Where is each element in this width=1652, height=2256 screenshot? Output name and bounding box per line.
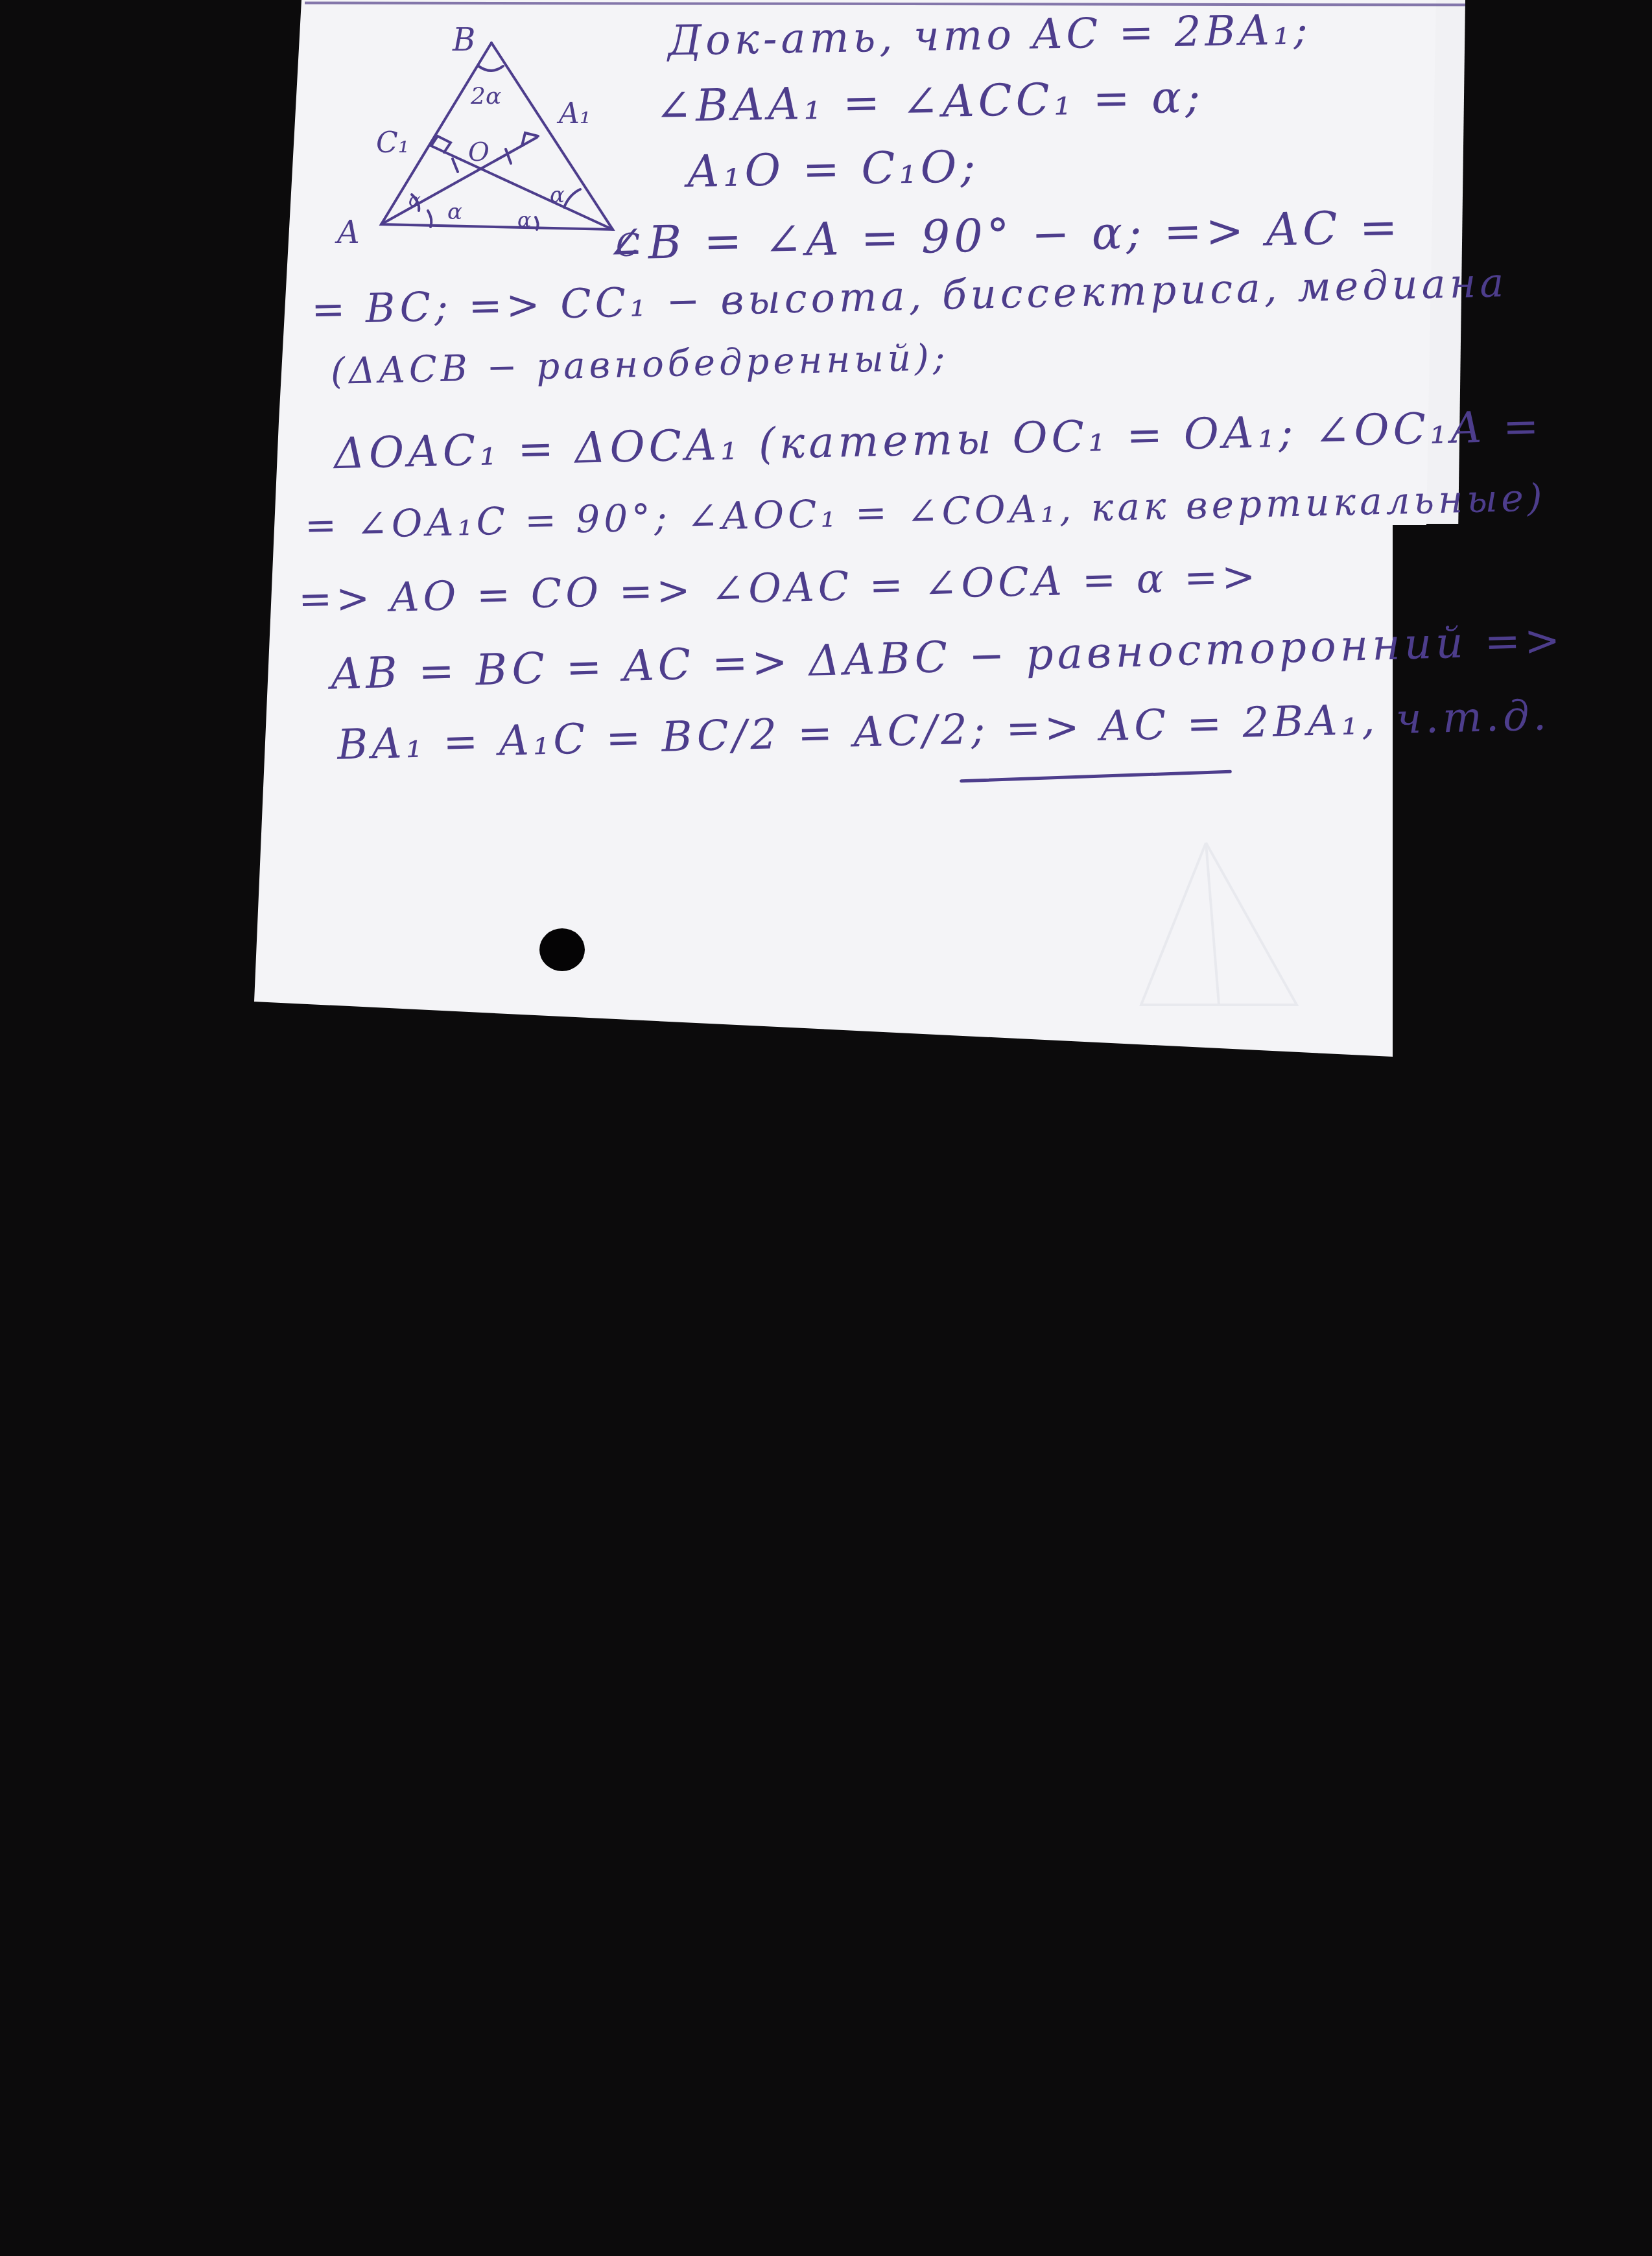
angle-a-label: α bbox=[447, 199, 462, 225]
vertex-a1-label: A₁ bbox=[556, 97, 591, 130]
hole-punch bbox=[539, 928, 585, 971]
triangle-svg: B A C A₁ C₁ O 2α α α α α bbox=[292, 13, 655, 259]
proof-line-angles-equal: ∠BAA₁ = ∠ACC₁ = α; bbox=[654, 72, 1204, 133]
embossed-impression bbox=[1063, 830, 1336, 1024]
apex-angle-label: 2α bbox=[470, 83, 501, 110]
point-o-label: O bbox=[468, 137, 490, 167]
triangle-diagram: B A C A₁ C₁ O 2α α α α α bbox=[292, 13, 655, 259]
vertex-a-label: A bbox=[335, 215, 360, 251]
vertex-b-label: B bbox=[452, 22, 475, 58]
angle-c-lower-label: α bbox=[517, 207, 532, 232]
angle-c-upper-label: α bbox=[550, 182, 565, 208]
apex-angle-arc bbox=[478, 66, 503, 71]
vertex-c1-label: C₁ bbox=[376, 126, 409, 159]
angle-arc-c-upper bbox=[564, 189, 580, 207]
proof-line-segments-equal: A₁O = C₁O; bbox=[687, 141, 980, 198]
tick-mark-oc1 bbox=[453, 159, 458, 172]
angle-a-upper-label: α bbox=[408, 189, 421, 211]
